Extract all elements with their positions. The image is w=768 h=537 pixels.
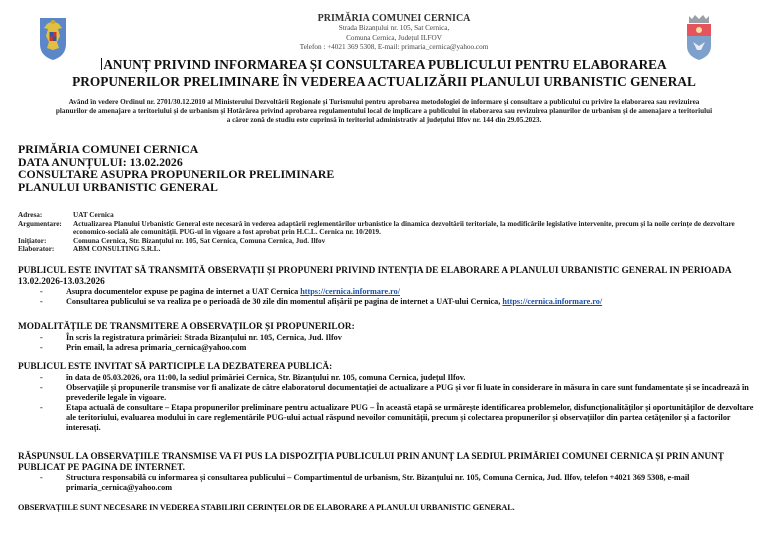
section-public-debate: PUBLICUL ESTE INVITAT SĂ PARTICIPLE LA D… (18, 362, 760, 433)
list-item: -În scris la registratura primăriei: Str… (18, 333, 760, 343)
list-item: -în data de 05.03.2026, ora 11:00, la se… (18, 373, 760, 383)
title-line-2: PROPUNERILOR PRELIMINARE ÎN VEDEREA ACTU… (0, 74, 768, 91)
list-item: -Structura responsabilă cu informarea și… (18, 473, 760, 493)
section-submit-observations: PUBLICUL ESTE INVITAT SĂ TRANSMITĂ OBSER… (18, 266, 760, 307)
heading-organization: PRIMĂRIA COMUNEI CERNICA (18, 143, 334, 156)
organization-name: PRIMĂRIA COMUNEI CERNICA (20, 13, 768, 24)
closing-statement: OBSERVAȚIILE SUNT NECESARE IN VEDEREA ST… (18, 503, 760, 512)
info-label: Argumentare: (18, 220, 73, 237)
intro-line-2: planurilor de amenajare a teritoriului ș… (12, 107, 756, 116)
section-title: RĂSPUNSUL LA OBSERVAȚIILE TRANSMISE VA F… (18, 452, 760, 473)
legal-basis-paragraph: Având în vedere Ordinul nr. 2701/30.12.2… (12, 98, 756, 126)
list-item: -Prin email, la adresa primaria_cernica@… (18, 343, 760, 353)
intro-line-1: Având în vedere Ordinul nr. 2701/30.12.2… (12, 98, 756, 107)
address-line-2: Comuna Cernica, Județul ILFOV (20, 34, 768, 44)
heading-subject-1: CONSULTARE ASUPRA PROPUNERILOR PRELIMINA… (18, 168, 334, 181)
section-submission-methods: MODALITĂȚILE DE TRANSMITERE A OBSERVAȚIL… (18, 322, 760, 353)
list-item: -Etapa actuală de consultare – Etapa pro… (18, 403, 760, 433)
letterhead: PRIMĂRIA COMUNEI CERNICA Strada Bizanțul… (0, 13, 768, 53)
info-value: Actualizarea Planului Urbanistic General… (73, 220, 758, 237)
intro-line-3: a căror zonă de studiu este cuprinsă în … (12, 116, 756, 125)
info-row-initiator: Inițiator: Comuna Cernica, Str. Bizanțul… (18, 237, 758, 246)
announcement-heading: PRIMĂRIA COMUNEI CERNICA DATA ANUNȚULUI:… (18, 143, 334, 193)
info-label: Inițiator: (18, 237, 73, 246)
document-title: ANUNȚ PRIVIND INFORMAREA ȘI CONSULTAREA … (0, 57, 768, 90)
section-title: MODALITĂȚILE DE TRANSMITERE A OBSERVAȚIL… (18, 322, 760, 333)
project-info: Adresa: UAT Cernica Argumentare: Actuali… (18, 211, 758, 254)
title-line-1: ANUNȚ PRIVIND INFORMAREA ȘI CONSULTAREA … (103, 57, 666, 72)
info-value: Comuna Cernica, Str. Bizanțului nr. 105,… (73, 237, 758, 246)
info-value: UAT Cernica (73, 211, 758, 220)
info-label: Adresa: (18, 211, 73, 220)
info-row-argument: Argumentare: Actualizarea Planului Urban… (18, 220, 758, 237)
info-label: Elaborator: (18, 245, 73, 254)
info-value: ABM CONSULTING S.R.L. (73, 245, 758, 254)
info-row-address: Adresa: UAT Cernica (18, 211, 758, 220)
list-item: -Observațiile și propunerile transmise v… (18, 383, 760, 403)
address-line-1: Strada Bizanțului nr. 105, Sat Cernica, (20, 24, 768, 34)
info-row-developer: Elaborator: ABM CONSULTING S.R.L. (18, 245, 758, 254)
list-item: -Consultarea publicului se va realiza pe… (18, 297, 760, 307)
section-title: PUBLICUL ESTE INVITAT SĂ TRANSMITĂ OBSER… (18, 266, 760, 287)
contact-line: Telefon : +4021 369 5308, E-mail: primar… (20, 43, 768, 53)
website-link[interactable]: https://cernica.informare.ro/ (502, 297, 602, 306)
heading-subject-2: PLANULUI URBANISTIC GENERAL (18, 181, 334, 194)
website-link[interactable]: https://cernica.informare.ro/ (300, 287, 400, 296)
list-item: -Asupra documentelor expuse pe pagina de… (18, 287, 760, 297)
section-title: PUBLICUL ESTE INVITAT SĂ PARTICIPLE LA D… (18, 362, 760, 373)
section-response: RĂSPUNSUL LA OBSERVAȚIILE TRANSMISE VA F… (18, 452, 760, 493)
